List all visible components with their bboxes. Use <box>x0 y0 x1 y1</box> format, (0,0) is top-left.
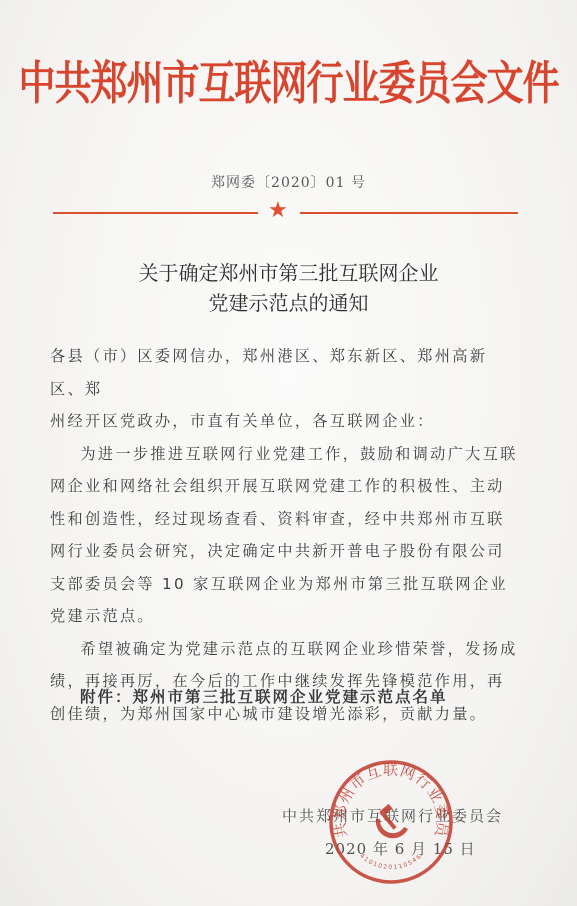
recipients-line-1: 各县（市）区委网信办，郑州港区、郑东新区、郑州高新区、郑 <box>50 340 520 405</box>
masthead-title: 中共郑州市互联网行业委员会文件 <box>0 45 577 113</box>
title-line-2: 党建示范点的通知 <box>0 288 577 318</box>
svg-text:4101020110546: 4101020110546 <box>358 852 423 871</box>
star-icon: ★ <box>268 200 288 222</box>
hammer-sickle-icon <box>376 804 408 838</box>
paragraph-1: 为进一步推进互联网行业党建工作，鼓励和调动广大互联网企业和网络社会组织开展互联网… <box>50 438 520 633</box>
notice-body: 各县（市）区委网信办，郑州港区、郑东新区、郑州高新区、郑 州经开区党政办，市直有… <box>50 340 520 730</box>
divider-line-left <box>53 212 258 214</box>
divider-line-right <box>300 212 518 214</box>
svg-text:中共郑州市互联网行业委员会: 中共郑州市互联网行业委员会 <box>326 757 451 839</box>
document-page: 中共郑州市互联网行业委员会文件 郑网委〔2020〕01 号 ★ 关于确定郑州市第… <box>0 0 577 906</box>
attachment-line: 附件：郑州市第三批互联网企业党建示范点名单 <box>80 685 448 707</box>
paragraph-2: 希望被确定为党建示范点的互联网企业珍惜荣誉，发扬成绩，再接再厉，在今后的工作中继… <box>50 633 520 731</box>
official-seal-icon: 中共郑州市互联网行业委员会 4101020110546 <box>326 757 456 887</box>
notice-title: 关于确定郑州市第三批互联网企业 党建示范点的通知 <box>0 258 577 318</box>
title-line-1: 关于确定郑州市第三批互联网企业 <box>0 258 577 288</box>
recipients-line-2: 州经开区党政办，市直有关单位，各互联网企业： <box>50 405 520 438</box>
document-number: 郑网委〔2020〕01 号 <box>0 172 577 192</box>
red-divider: ★ <box>53 203 521 223</box>
